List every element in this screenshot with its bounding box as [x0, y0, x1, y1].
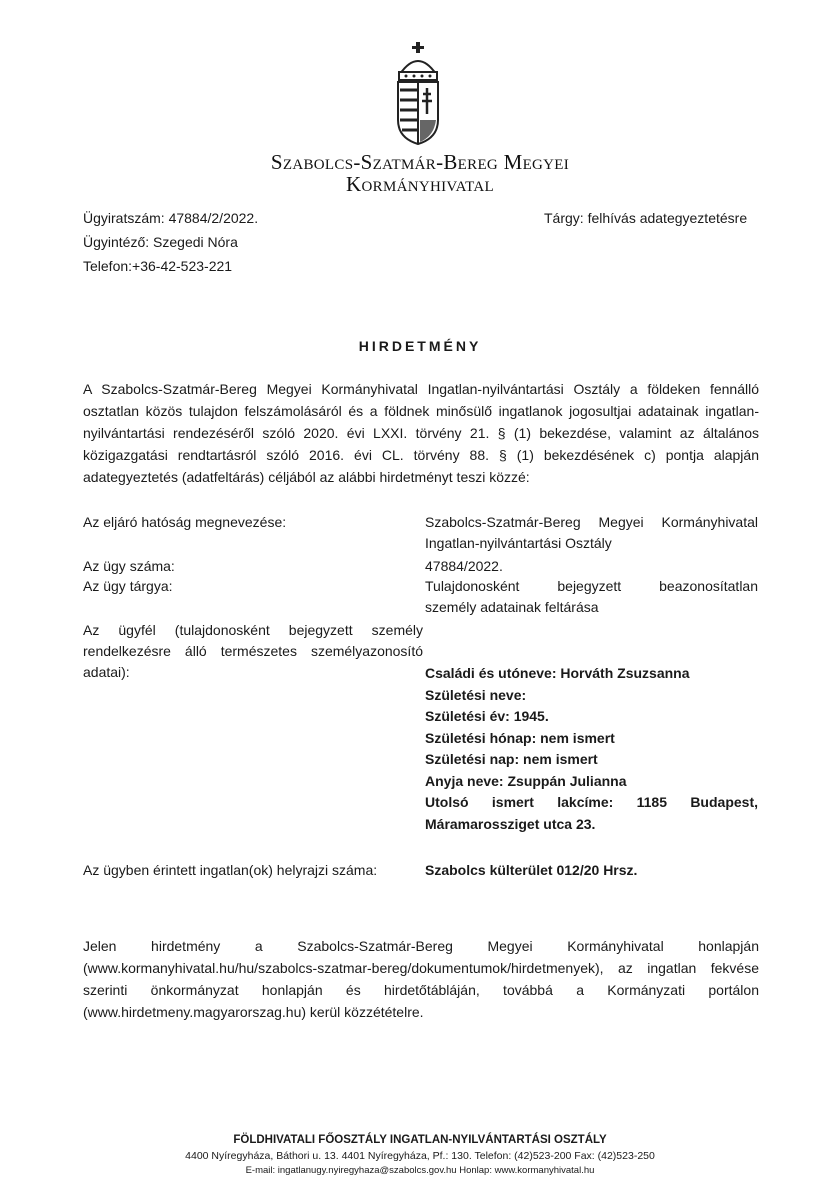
- client-last-address: Utolsó ismert lakcíme: 1185 Budapest,: [425, 792, 758, 814]
- phone-number: Telefon:+36-42-523-221: [83, 254, 258, 278]
- authority-value: Szabolcs-Szatmár-Bereg Megyei Kormányhiv…: [425, 512, 758, 554]
- client-data: Családi és utóneve: Horváth Zsuzsanna Sz…: [425, 663, 758, 835]
- client-name: Családi és utóneve: Horváth Zsuzsanna: [425, 663, 758, 685]
- client-birth-year: Születési év: 1945.: [425, 706, 758, 728]
- client-birth-name: Születési neve:: [425, 685, 758, 707]
- client-label: Az ügyfél (tulajdonosként bejegyzett sze…: [83, 620, 423, 683]
- case-no-label: Az ügy száma:: [83, 556, 403, 577]
- case-administrator: Ügyintéző: Szegedi Nóra: [83, 230, 258, 254]
- property-label: Az ügyben érintett ingatlan(ok) helyrajz…: [83, 860, 423, 881]
- property-value: Szabolcs külterület 012/20 Hrsz.: [425, 860, 758, 881]
- subject-line: Tárgy: felhívás adategyeztetésre: [544, 206, 747, 230]
- document-title: HIRDETMÉNY: [0, 338, 840, 354]
- footer-department: FÖLDHIVATALI FŐOSZTÁLY INGATLAN-NYILVÁNT…: [0, 1134, 840, 1146]
- hungarian-coat-of-arms-icon: [394, 40, 442, 150]
- publication-paragraph: Jelen hirdetmény a Szabolcs-Szatmár-Bere…: [83, 935, 759, 1023]
- organization-name-line2: Kormányhivatal: [0, 172, 840, 197]
- client-mother-name: Anyja neve: Zsuppán Julianna: [425, 771, 758, 793]
- footer-contact: E-mail: ingatlanugy.nyiregyhaza@szabolcs…: [0, 1165, 840, 1176]
- footer-address: 4400 Nyíregyháza, Báthori u. 13. 4401 Ny…: [0, 1150, 840, 1162]
- authority-label: Az eljáró hatóság megnevezése:: [83, 512, 403, 533]
- case-no-value: 47884/2022.: [425, 556, 758, 577]
- intro-paragraph: A Szabolcs-Szatmár-Bereg Megyei Kormányh…: [83, 378, 759, 488]
- client-birth-month: Születési hónap: nem ismert: [425, 728, 758, 750]
- subject-label: Az ügy tárgya:: [83, 576, 403, 597]
- case-meta: Ügyiratszám: 47884/2/2022. Ügyintéző: Sz…: [83, 206, 258, 278]
- client-birth-day: Születési nap: nem ismert: [425, 749, 758, 771]
- subject-value: Tulajdonosként bejegyzett beazonosítatla…: [425, 576, 758, 618]
- case-number: Ügyiratszám: 47884/2/2022.: [83, 206, 258, 230]
